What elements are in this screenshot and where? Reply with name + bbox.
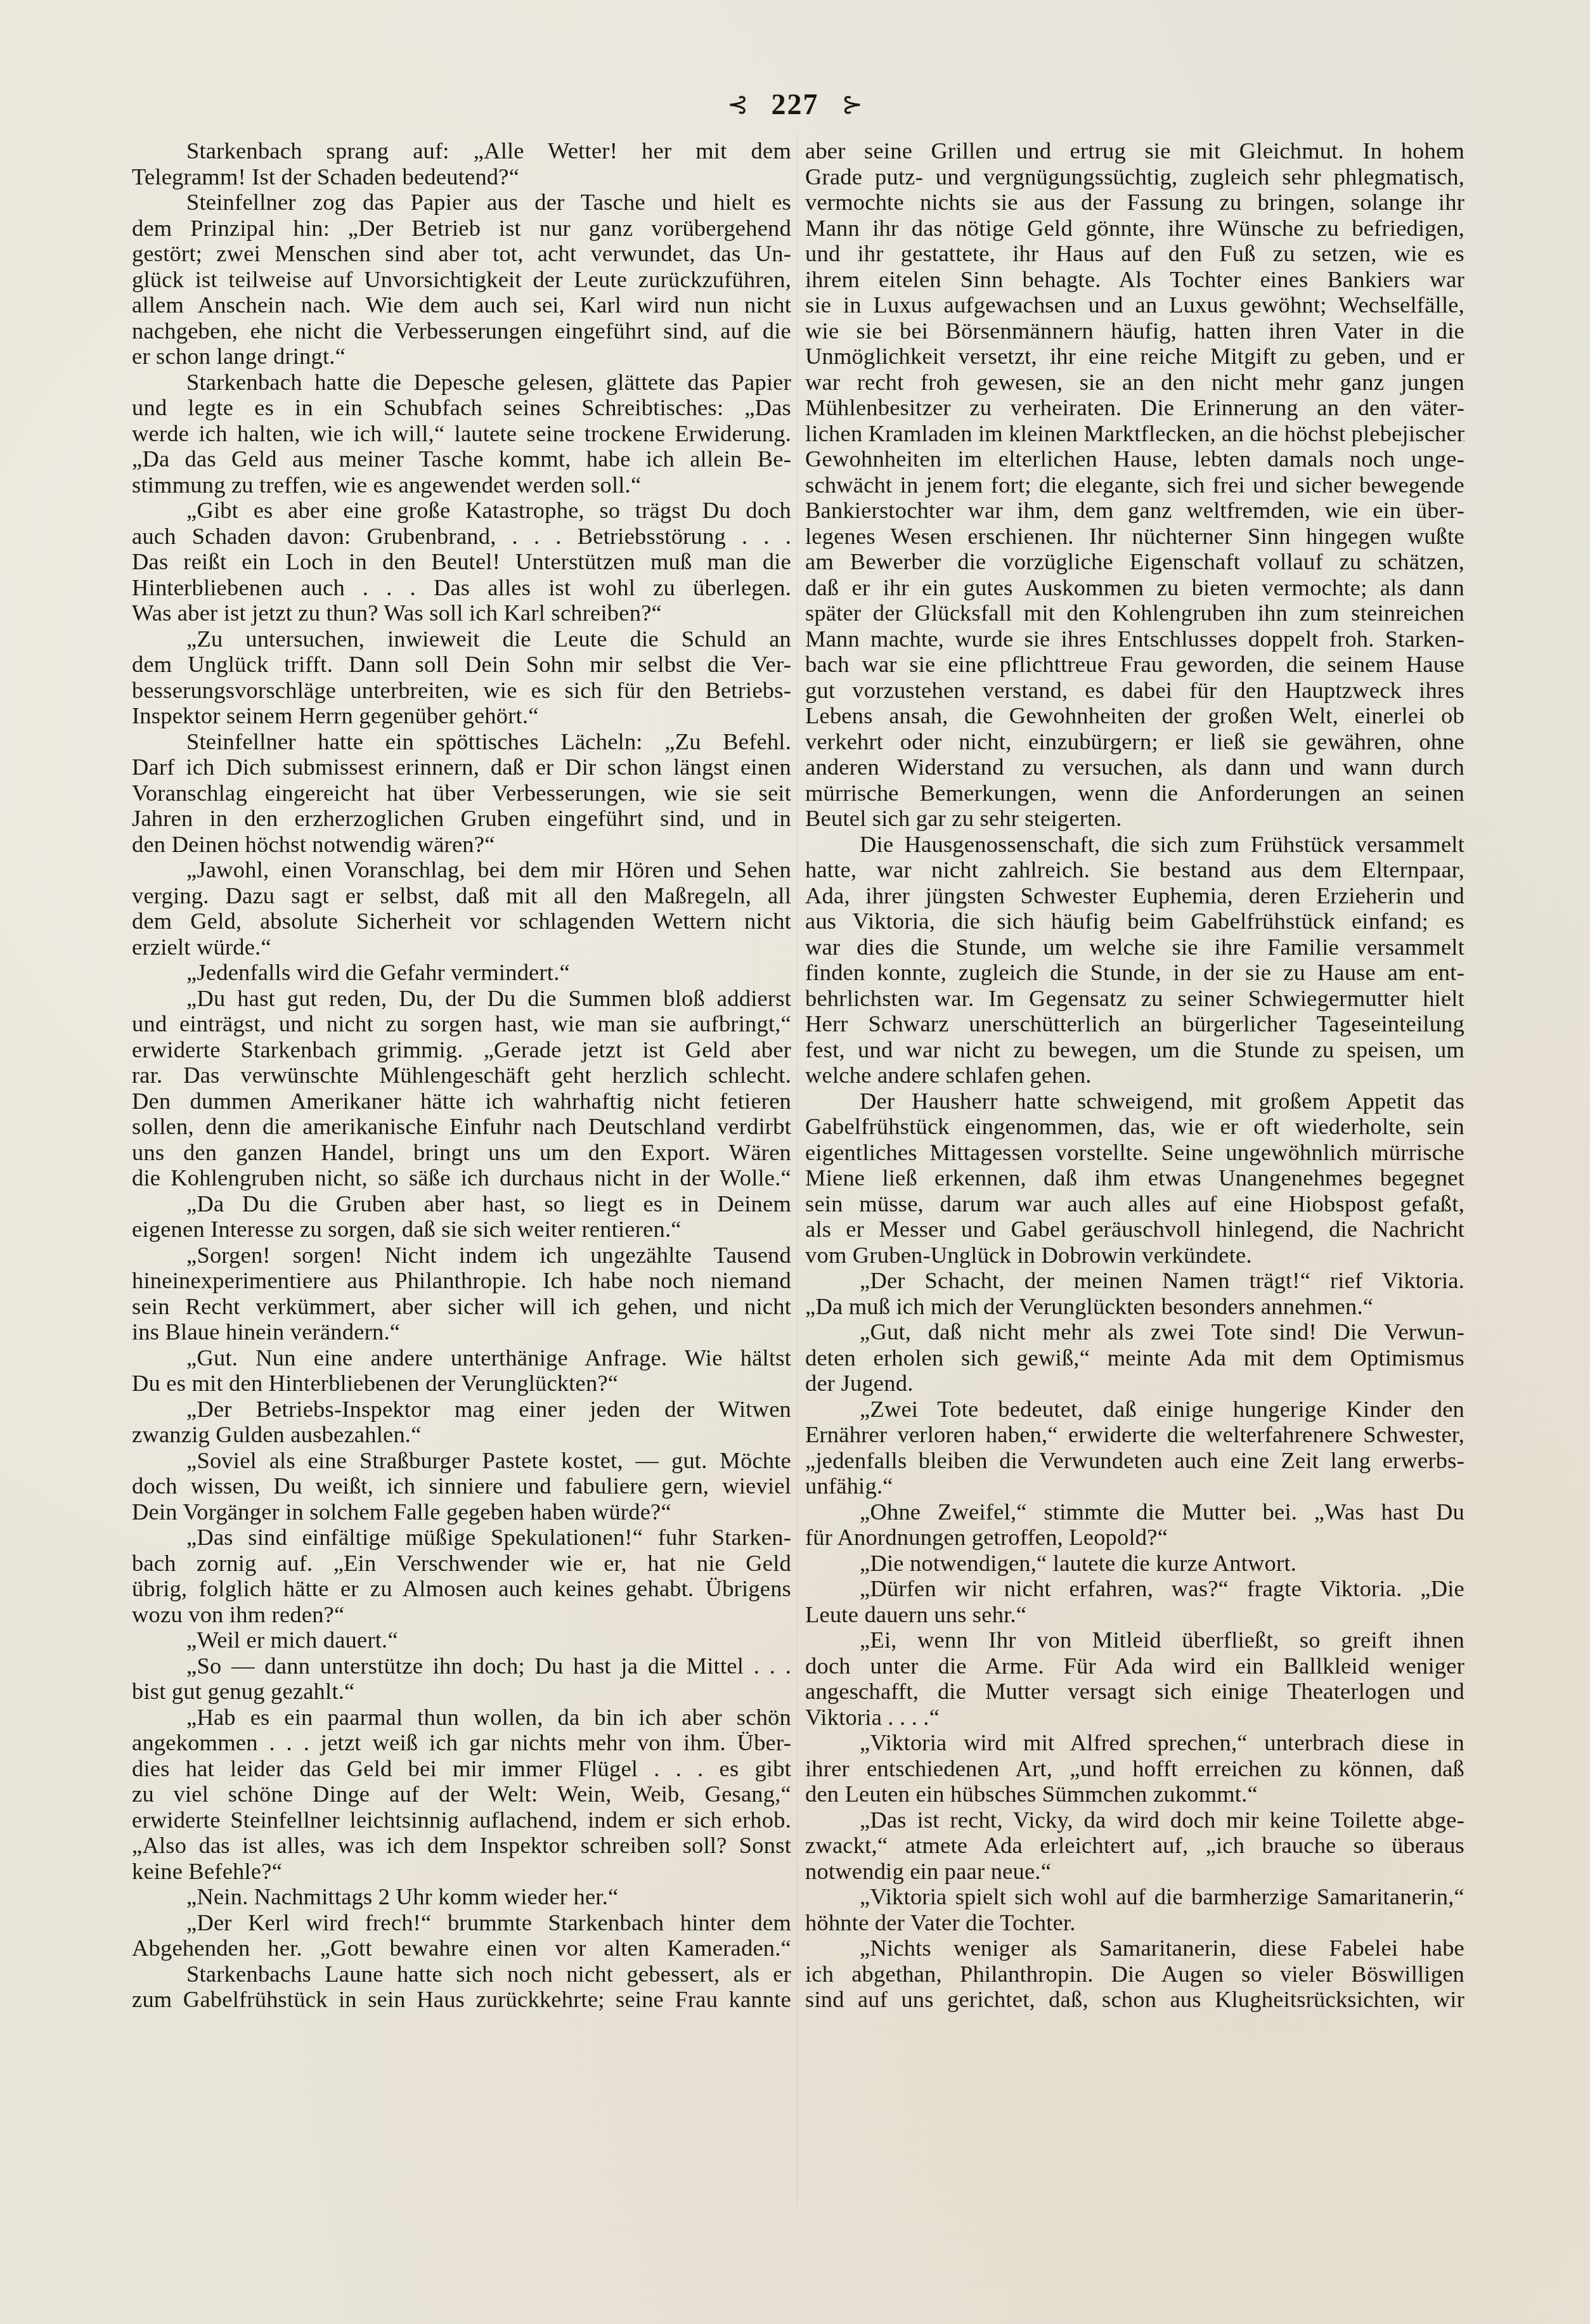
- text-line: „Gut, daß nicht mehr als zwei Tote sind!…: [805, 1319, 1464, 1345]
- text-line: legenes Wesen erschienen. Ihr nüchterner…: [805, 524, 1464, 550]
- text-line: eigenen Interesse zu sorgen, daß sie sic…: [132, 1217, 791, 1243]
- text-line: zu viel schöne Dinge auf der Welt: Wein,…: [132, 1781, 791, 1807]
- text-line: erwiderte Steinfellner leichtsinnig aufl…: [132, 1807, 791, 1833]
- text-line: „Viktoria wird mit Alfred sprechen,“ unt…: [805, 1730, 1464, 1756]
- text-line: werde ich halten, wie ich will,“ lautete…: [132, 421, 791, 447]
- text-line: Mann ihr das nötige Geld gönnte, ihre Wü…: [805, 216, 1464, 242]
- text-line: Ada, ihrer jüngsten Schwester Euphemia, …: [805, 883, 1464, 909]
- text-line: „Zu untersuchen, inwieweit die Leute die…: [132, 626, 791, 652]
- text-line: „Soviel als eine Straßburger Pastete kos…: [132, 1448, 791, 1474]
- text-line: sind auf uns gerichtet, daß, schon aus K…: [805, 1987, 1464, 2013]
- text-line: „Ei, wenn Ihr von Mitleid überfließt, so…: [805, 1627, 1464, 1653]
- text-line: war dies die Stunde, um welche sie ihre …: [805, 934, 1464, 960]
- text-line: Ernährer verloren haben,“ erwiderte die …: [805, 1422, 1464, 1448]
- text-line: gestört; zwei Menschen sind aber tot, ac…: [132, 241, 791, 267]
- text-line: erwiderte Starkenbach grimmig. „Gerade j…: [132, 1037, 791, 1063]
- text-line: bach zornig auf. „Ein Verschwender wie e…: [132, 1551, 791, 1577]
- text-line: Starkenbach sprang auf: „Alle Wetter! he…: [132, 138, 791, 164]
- text-line: zwanzig Gulden ausbezahlen.“: [132, 1422, 791, 1448]
- text-line: wie sie bei Börsenmännern häufig, hatten…: [805, 318, 1464, 344]
- text-line: ihrer entschiedenen Art, „und hofft erre…: [805, 1756, 1464, 1782]
- text-line: „Du hast gut reden, Du, der Du die Summe…: [132, 986, 791, 1012]
- text-line: „Das sind einfältige müßige Spekulatione…: [132, 1525, 791, 1551]
- text-line: er schon lange dringt.“: [132, 344, 791, 370]
- text-line: den Deinen höchst notwendig wären?“: [132, 832, 791, 858]
- text-line: am Bewerber die vorzügliche Eigenschaft …: [805, 549, 1464, 575]
- text-line: Voranschlag eingereicht hat über Verbess…: [132, 780, 791, 806]
- text-line: verkehrt oder nicht, einzubürgern; er li…: [805, 729, 1464, 755]
- text-line: „So — dann unterstütze ihn doch; Du hast…: [132, 1653, 791, 1679]
- text-line: hineinexperimentiere aus Philanthropie. …: [132, 1268, 791, 1294]
- text-line: Unmöglichkeit versetzt, ihr eine reiche …: [805, 344, 1464, 370]
- text-line: angeschafft, die Mutter versagt sich ein…: [805, 1679, 1464, 1705]
- text-line: Gewohnheiten im elterlichen Hause, lebte…: [805, 446, 1464, 472]
- text-line: Abgehenden her. „Gott bewahre einen vor …: [132, 1935, 791, 1961]
- text-line: „Nein. Nachmittags 2 Uhr komm wieder her…: [132, 1884, 791, 1910]
- text-column-left: Starkenbach sprang auf: „Alle Wetter! he…: [132, 138, 791, 2013]
- text-line: Darf ich Dich submissest erinnern, daß e…: [132, 754, 791, 780]
- text-line: bist gut genug gezahlt.“: [132, 1679, 791, 1705]
- text-line: „Also das ist alles, was ich dem Inspekt…: [132, 1833, 791, 1859]
- text-line: zwackt,“ atmete Ada erleichtert auf, „ic…: [805, 1833, 1464, 1859]
- text-line: lichen Kramladen im kleinen Marktflecken…: [805, 421, 1464, 447]
- text-line: Starkenbachs Laune hatte sich noch nicht…: [132, 1961, 791, 1987]
- text-line: doch unter die Arme. Für Ada wird ein Ba…: [805, 1653, 1464, 1679]
- page-header: ⊰ 227 ⊱: [0, 87, 1590, 121]
- text-line: Steinfellner hatte ein spöttisches Läche…: [132, 729, 791, 755]
- text-line: Lebens ansah, die Gewohnheiten der große…: [805, 703, 1464, 729]
- text-line: „Der Schacht, der meinen Namen trägt!“ r…: [805, 1268, 1464, 1294]
- text-line: dies hat leider das Geld bei mir immer F…: [132, 1756, 791, 1782]
- page-number: 227: [772, 87, 819, 121]
- text-line: „Zwei Tote bedeutet, daß einige hungerig…: [805, 1397, 1464, 1423]
- text-line: Du es mit den Hinterbliebenen der Verung…: [132, 1371, 791, 1397]
- text-line: „Weil er mich dauert.“: [132, 1627, 791, 1653]
- text-line: war recht froh gewesen, sie an den nicht…: [805, 370, 1464, 396]
- text-line: Bankierstochter war ihm, dem ganz weltfr…: [805, 498, 1464, 524]
- text-line: „jedenfalls bleiben die Verwundeten auch…: [805, 1448, 1464, 1474]
- text-line: dem Geld, absolute Sicherheit vor schlag…: [132, 908, 791, 934]
- text-line: als er Messer und Gabel geräuschvoll hin…: [805, 1217, 1464, 1243]
- text-line: ins Blaue hinein verändern.“: [132, 1319, 791, 1345]
- text-line: Viktoria . . . .“: [805, 1705, 1464, 1731]
- text-line: Beutel sich gar zu sehr steigerten.: [805, 806, 1464, 832]
- text-line: Der Hausherr hatte schweigend, mit große…: [805, 1088, 1464, 1114]
- right-ornament-icon: ⊱: [842, 92, 863, 117]
- text-line: Was aber ist jetzt zu thun? Was soll ich…: [132, 600, 791, 626]
- text-line: bach war sie eine pflichttreue Frau gewo…: [805, 652, 1464, 678]
- text-line: ich abgethan, Philanthropin. Die Augen s…: [805, 1961, 1464, 1987]
- text-line: hatte, war nicht zahlreich. Sie bestand …: [805, 857, 1464, 883]
- text-line: angekommen . . . jetzt weiß ich gar nich…: [132, 1730, 791, 1756]
- text-line: Miene ließ erkennen, daß ihm etwas Unang…: [805, 1165, 1464, 1191]
- text-line: Steinfellner zog das Papier aus der Tasc…: [132, 190, 791, 216]
- text-line: vermochte nichts sie aus der Fassung zu …: [805, 190, 1464, 216]
- text-line: gut vorzustehen verstand, es dabei für d…: [805, 678, 1464, 704]
- text-line: erzielt würde.“: [132, 934, 791, 960]
- text-line: uns den ganzen Handel, bringt uns um den…: [132, 1140, 791, 1166]
- text-line: Starkenbach hatte die Depesche gelesen, …: [132, 370, 791, 396]
- text-line: „Jedenfalls wird die Gefahr vermindert.“: [132, 960, 791, 986]
- text-line: Dein Vorgänger in solchem Falle gegeben …: [132, 1499, 791, 1525]
- text-line: Den dummen Amerikaner hätte ich wahrhaft…: [132, 1088, 791, 1114]
- text-line: sein müsse, darum war auch alles auf ein…: [805, 1191, 1464, 1217]
- text-line: Hinterbliebenen auch . . . Das alles ist…: [132, 575, 791, 601]
- text-line: und ihr gestattete, ihr Haus auf den Fuß…: [805, 241, 1464, 267]
- text-line: Telegramm! Ist der Schaden bedeutend?“: [132, 164, 791, 190]
- text-line: „Gibt es aber eine große Katastrophe, so…: [132, 498, 791, 524]
- text-line: Das reißt ein Loch in den Beutel! Unters…: [132, 549, 791, 575]
- text-line: schwächt in jenem fort; die elegante, si…: [805, 472, 1464, 498]
- text-line: „Jawohl, einen Voranschlag, bei dem mir …: [132, 857, 791, 883]
- text-line: Leute dauern uns sehr.“: [805, 1602, 1464, 1628]
- text-line: aber seine Grillen und ertrug sie mit Gl…: [805, 138, 1464, 164]
- text-line: die Kohlengruben nicht, so säße ich durc…: [132, 1165, 791, 1191]
- text-line: verging. Dazu sagt er selbst, daß mit al…: [132, 883, 791, 909]
- text-line: „Ohne Zweifel,“ stimmte die Mutter bei. …: [805, 1499, 1464, 1525]
- text-line: behrlichsten war. Im Gegensatz zu seiner…: [805, 986, 1464, 1012]
- text-line: doch wissen, Du weißt, ich sinniere und …: [132, 1473, 791, 1499]
- text-line: und einträgst, und nicht zu sorgen hast,…: [132, 1011, 791, 1037]
- text-line: „Der Betriebs-Inspektor mag einer jeden …: [132, 1397, 791, 1423]
- text-line: stimmung zu treffen, wie es angewendet w…: [132, 472, 791, 498]
- text-line: dem Unglück trifft. Dann soll Dein Sohn …: [132, 652, 791, 678]
- text-line: „Nichts weniger als Samaritanerin, diese…: [805, 1935, 1464, 1961]
- text-line: „Hab es ein paarmal thun wollen, da bin …: [132, 1705, 791, 1731]
- text-line: übrig, folglich hätte er zu Almosen auch…: [132, 1576, 791, 1602]
- text-line: vom Gruben-Unglück in Dobrowin verkündet…: [805, 1243, 1464, 1269]
- text-line: Jahren in den erzherzoglichen Gruben ein…: [132, 806, 791, 832]
- text-line: höhnte der Vater die Tochter.: [805, 1910, 1464, 1936]
- text-line: unfähig.“: [805, 1473, 1464, 1499]
- text-line: sollen, denn die amerikanische Einfuhr n…: [132, 1114, 791, 1140]
- text-line: „Dürfen wir nicht erfahren, was?“ fragte…: [805, 1576, 1464, 1602]
- text-line: „Da das Geld aus meiner Tasche kommt, ha…: [132, 446, 791, 472]
- text-line: Grade putz- und vergnügungssüchtig, zugl…: [805, 164, 1464, 190]
- text-line: glück ist teilweise auf Unvorsichtigkeit…: [132, 267, 791, 293]
- text-line: rar. Das verwünschte Mühlengeschäft geht…: [132, 1062, 791, 1088]
- text-line: für Anordnungen getroffen, Leopold?“: [805, 1525, 1464, 1551]
- text-line: Herr Schwarz unerschütterlich an bürgerl…: [805, 1011, 1464, 1037]
- text-line: „Der Kerl wird frech!“ brummte Starkenba…: [132, 1910, 791, 1936]
- text-line: „Da muß ich mich der Verunglückten beson…: [805, 1294, 1464, 1320]
- text-line: finden konnte, zugleich die Stunde, in d…: [805, 960, 1464, 986]
- left-ornament-icon: ⊰: [727, 92, 749, 117]
- text-line: auch Schaden davon: Grubenbrand, . . . B…: [132, 524, 791, 550]
- text-line: besserungsvorschläge unterbreiten, wie e…: [132, 678, 791, 704]
- text-line: „Viktoria spielt sich wohl auf die barmh…: [805, 1884, 1464, 1910]
- text-line: und legte es in ein Schubfach seines Sch…: [132, 395, 791, 421]
- text-line: „Das ist recht, Vicky, da wird doch mir …: [805, 1807, 1464, 1833]
- text-line: „Gut. Nun eine andere unterthänige Anfra…: [132, 1345, 791, 1371]
- text-line: Mann machte, wurde sie ihres Entschlusse…: [805, 626, 1464, 652]
- text-line: der Jugend.: [805, 1371, 1464, 1397]
- text-line: deten erholen sich gewiß,“ meinte Ada mi…: [805, 1345, 1464, 1371]
- text-line: „Sorgen! sorgen! Nicht indem ich ungezäh…: [132, 1243, 791, 1269]
- text-line: allem Anschein nach. Wie dem auch sei, K…: [132, 292, 791, 318]
- text-line: sie in Luxus aufgewachsen und an Luxus g…: [805, 292, 1464, 318]
- text-line: zum Gabelfrühstück in sein Haus zurückke…: [132, 1987, 791, 2013]
- text-line: Mühlenbesitzer zu verheiraten. Die Erinn…: [805, 395, 1464, 421]
- text-line: aus Viktoria, die sich häufig beim Gabel…: [805, 908, 1464, 934]
- text-line: „Die notwendigen,“ lautete die kurze Ant…: [805, 1551, 1464, 1577]
- text-line: mürrische Bemerkungen, wenn die Anforder…: [805, 780, 1464, 806]
- text-line: wozu von ihm reden?“: [132, 1602, 791, 1628]
- text-line: Die Hausgenossenschaft, die sich zum Frü…: [805, 832, 1464, 858]
- text-line: Inspektor seinem Herrn gegenüber gehört.…: [132, 703, 791, 729]
- text-line: eigentliches Mittagessen vorstellte. Sei…: [805, 1140, 1464, 1166]
- text-line: fest, und war nicht zu bewegen, um die S…: [805, 1037, 1464, 1063]
- column-gutter: [797, 133, 798, 2206]
- text-line: „Da Du die Gruben aber hast, so liegt es…: [132, 1191, 791, 1217]
- text-line: notwendig ein paar neue.“: [805, 1859, 1464, 1885]
- text-line: welche andere schlafen gehen.: [805, 1062, 1464, 1088]
- text-column-right: aber seine Grillen und ertrug sie mit Gl…: [805, 138, 1464, 2013]
- text-line: keine Befehle?“: [132, 1859, 791, 1885]
- text-line: nachgeben, ehe nicht die Verbesserungen …: [132, 318, 791, 344]
- text-line: Gabelfrühstück eingenommen, das, wie er …: [805, 1114, 1464, 1140]
- text-line: sein Recht verkümmert, aber sicher will …: [132, 1294, 791, 1320]
- text-line: dem Prinzipal hin: „Der Betrieb ist nur …: [132, 216, 791, 242]
- text-line: anderen Widerstand zu versuchen, als dan…: [805, 754, 1464, 780]
- text-line: später der Glücksfall mit den Kohlengrub…: [805, 600, 1464, 626]
- text-line: den Leuten ein hübsches Sümmchen zukommt…: [805, 1781, 1464, 1807]
- text-line: ihrem eitelen Sinn behagte. Als Tochter …: [805, 267, 1464, 293]
- text-line: daß er ihr ein gutes Auskommen zu bieten…: [805, 575, 1464, 601]
